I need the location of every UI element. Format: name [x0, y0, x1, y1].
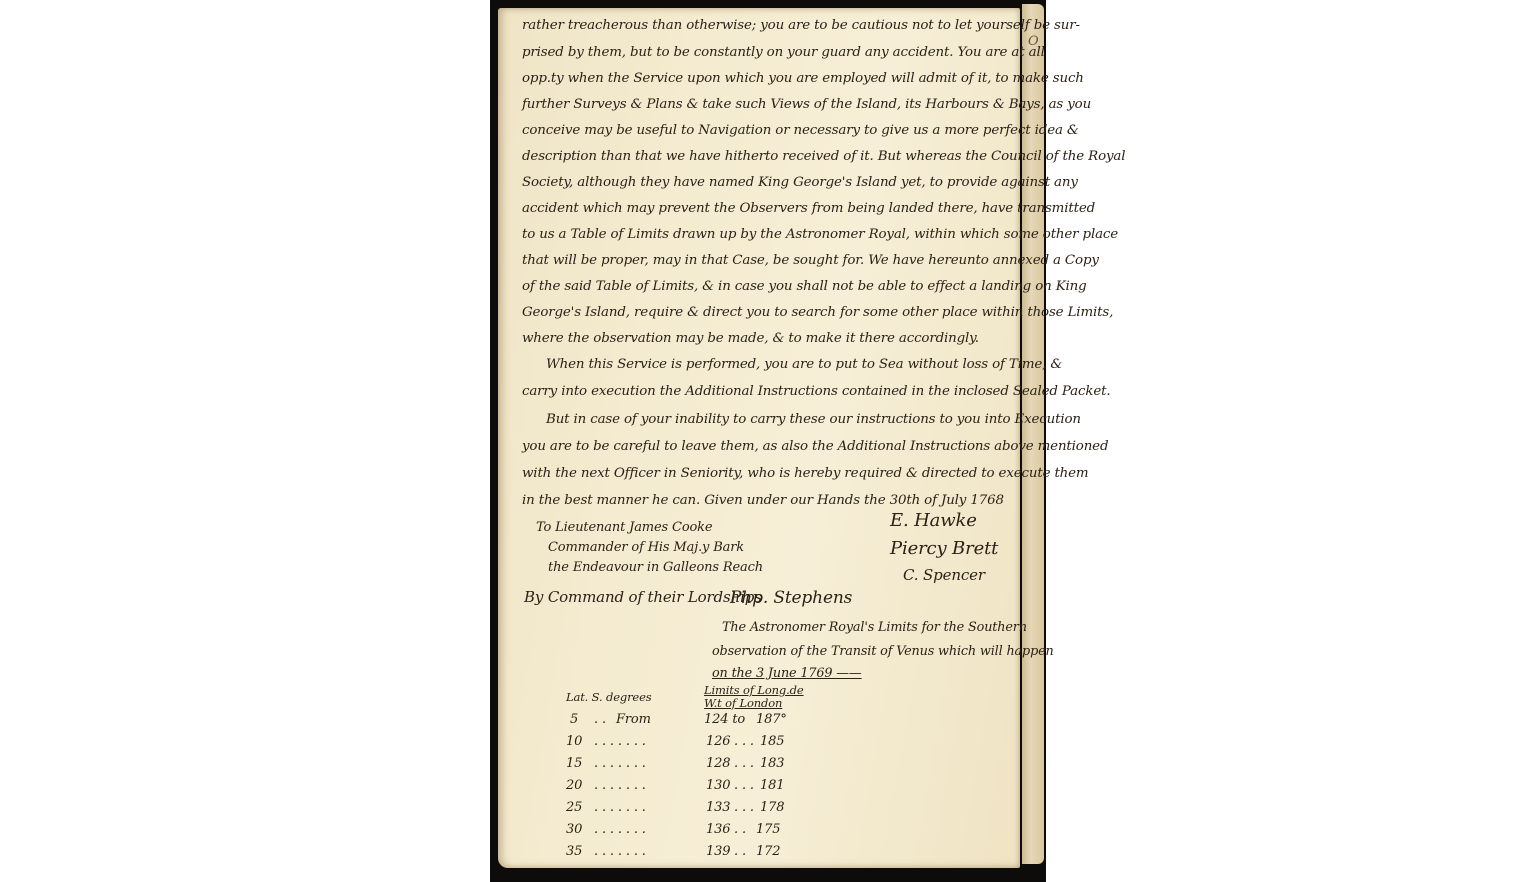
- leader-dots: . . . . . . .: [594, 822, 646, 837]
- manuscript-image-frame: O rather treacherous than otherwise; you…: [490, 0, 1046, 882]
- signature-brett: Piercy Brett: [890, 538, 998, 559]
- paragraph-line: with the next Officer in Seniority, who …: [522, 466, 1088, 481]
- letter-line: further Surveys & Plans & take such View…: [522, 97, 1091, 112]
- manuscript-page: rather treacherous than otherwise; you a…: [498, 8, 1020, 868]
- signature-hawke: E. Hawke: [890, 510, 977, 531]
- leader-dots: . . . . . . .: [594, 734, 646, 749]
- lat-cell: 35: [566, 844, 582, 859]
- table-header-long: Limits of Long.de W.t of London: [704, 684, 814, 710]
- east-cell: 172: [756, 844, 780, 859]
- letter-line: prised by them, but to be constantly on …: [522, 45, 1045, 60]
- table-row: 15 . . . . . . . 128 . . . 183: [498, 756, 1018, 774]
- lat-cell: 20: [566, 778, 582, 793]
- table-row: 30 . . . . . . . 136 . . 175: [498, 822, 1018, 840]
- letter-line: George's Island, require & direct you to…: [522, 305, 1113, 320]
- east-cell: 183: [760, 756, 784, 771]
- lat-cell: 15: [566, 756, 582, 771]
- leader-dots: . . .: [734, 756, 754, 771]
- table-row: 35 . . . . . . . 139 . . 172: [498, 844, 1018, 862]
- leader-dots: . .: [734, 822, 746, 837]
- letter-line: description than that we have hitherto r…: [522, 149, 1125, 164]
- paragraph-line: When this Service is performed, you are …: [546, 357, 1062, 372]
- letter-line: opp.ty when the Service upon which you a…: [522, 71, 1084, 86]
- command-line: By Command of their Lordships: [524, 588, 762, 606]
- lat-cell: 10: [566, 734, 582, 749]
- letter-line: that will be proper, may in that Case, b…: [522, 253, 1099, 268]
- east-cell: 181: [760, 778, 784, 793]
- letter-line: where the observation may be made, & to …: [522, 331, 979, 346]
- east-cell: 178: [760, 800, 784, 815]
- east-cell: 187°: [756, 712, 787, 727]
- leader-dots: . . .: [734, 778, 754, 793]
- letter-line: Society, although they have named King G…: [522, 175, 1078, 190]
- table-row: 20 . . . . . . . 130 . . . 181: [498, 778, 1018, 796]
- table-title-line: observation of the Transit of Venus whic…: [712, 644, 1054, 659]
- letter-line: accident which may prevent the Observers…: [522, 201, 1095, 216]
- east-cell: 175: [756, 822, 780, 837]
- address-line: Commander of His Maj.y Bark: [548, 540, 744, 555]
- table-row: 5 . . From 124 to 187°: [498, 712, 1018, 730]
- letter-line: of the said Table of Limits, & in case y…: [522, 279, 1087, 294]
- west-cell: 130: [706, 778, 730, 793]
- leader-dots: . . .: [734, 800, 754, 815]
- west-cell: 124 to: [704, 712, 745, 727]
- lat-cell: 25: [566, 800, 582, 815]
- leader-dots: . .: [734, 844, 746, 859]
- leader-dots: . . . . . . .: [594, 800, 646, 815]
- address-line: To Lieutenant James Cooke: [536, 520, 712, 535]
- from-cell: From: [616, 712, 651, 727]
- leader-dots: . . . . . . .: [594, 778, 646, 793]
- dated-line: in the best manner he can. Given under o…: [522, 493, 1004, 508]
- address-line: the Endeavour in Galleons Reach: [548, 560, 763, 575]
- table-row: 25 . . . . . . . 133 . . . 178: [498, 800, 1018, 818]
- lat-cell: 30: [566, 822, 582, 837]
- paragraph-line: But in case of your inability to carry t…: [546, 412, 1081, 427]
- table-title-line: on the 3 June 1769 ——: [712, 666, 862, 681]
- leader-dots: . .: [594, 712, 606, 727]
- leader-dots: . . . . . . .: [594, 844, 646, 859]
- leader-dots: . . .: [734, 734, 754, 749]
- secretary-signature: Php. Stephens: [730, 588, 852, 608]
- lat-cell: 5: [570, 712, 578, 727]
- west-cell: 128: [706, 756, 730, 771]
- letter-line: rather treacherous than otherwise; you a…: [522, 18, 1080, 33]
- west-cell: 136: [706, 822, 730, 837]
- leader-dots: . . . . . . .: [594, 756, 646, 771]
- paragraph-line: you are to be careful to leave them, as …: [522, 439, 1108, 454]
- letter-line: conceive may be useful to Navigation or …: [522, 123, 1079, 138]
- table-title-line: The Astronomer Royal's Limits for the So…: [722, 620, 1027, 635]
- table-header-lat: Lat. S. degrees: [566, 690, 652, 704]
- letter-line: to us a Table of Limits drawn up by the …: [522, 227, 1118, 242]
- west-cell: 139: [706, 844, 730, 859]
- east-cell: 185: [760, 734, 784, 749]
- table-row: 10 . . . . . . . 126 . . . 185: [498, 734, 1018, 752]
- paragraph-line: carry into execution the Additional Inst…: [522, 384, 1110, 399]
- west-cell: 133: [706, 800, 730, 815]
- signature-spencer: C. Spencer: [903, 566, 985, 584]
- west-cell: 126: [706, 734, 730, 749]
